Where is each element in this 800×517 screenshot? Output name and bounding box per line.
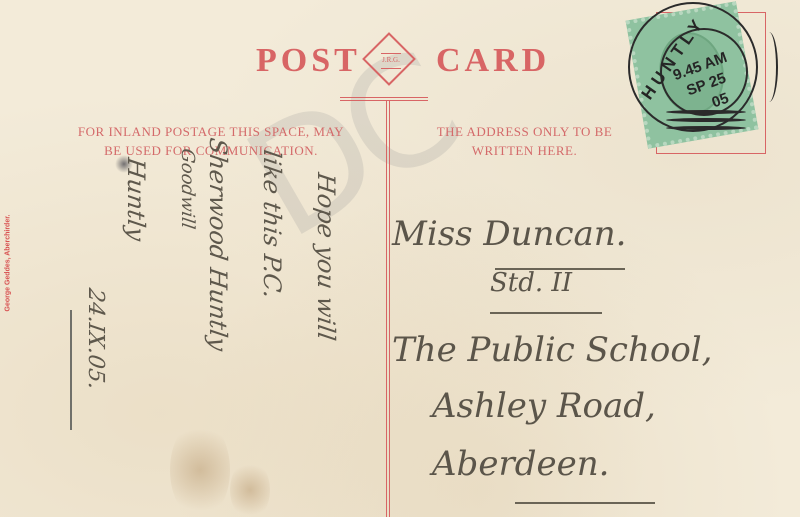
- address-line-3: Aberdeen.: [432, 444, 609, 484]
- emblem-bar: [381, 68, 401, 69]
- water-stain: [170, 420, 230, 517]
- message-date: 24.IX.05.: [83, 286, 108, 391]
- postmark-cancel-bars: [666, 110, 746, 136]
- water-stain: [230, 460, 270, 517]
- postmark-arc: [760, 32, 778, 102]
- message-line: Hope you will: [312, 171, 340, 342]
- underline: [490, 312, 602, 314]
- emblem-initials: J.R.G.: [372, 56, 410, 64]
- message-line: Sherwood Huntly: [204, 136, 232, 353]
- center-divider: [386, 100, 390, 517]
- instruction-line: THE ADDRESS ONLY TO BE: [412, 122, 637, 141]
- title-post: POST: [256, 42, 361, 80]
- message-line: Goodwill: [177, 147, 198, 230]
- address-instructions: THE ADDRESS ONLY TO BE WRITTEN HERE.: [412, 122, 637, 160]
- message-line: Huntly: [122, 156, 150, 243]
- header-rule: [340, 97, 428, 101]
- address-line-1: The Public School,: [392, 330, 713, 370]
- postcard: DC POST J.R.G. CARD FOR INLAND POSTAGE T…: [0, 0, 800, 517]
- title-card: CARD: [436, 42, 550, 80]
- publisher-imprint: George Geddes, Aberchirder.: [5, 232, 12, 312]
- address-name: Miss Duncan.: [392, 214, 626, 254]
- margin-mark: [70, 310, 72, 430]
- message-line: like this P.C.: [258, 148, 286, 300]
- emblem-bar: [381, 53, 401, 54]
- underline: [515, 502, 655, 504]
- address-standard: Std. II: [490, 268, 572, 298]
- instruction-line: WRITTEN HERE.: [412, 141, 637, 160]
- address-line-2: Ashley Road,: [432, 386, 656, 426]
